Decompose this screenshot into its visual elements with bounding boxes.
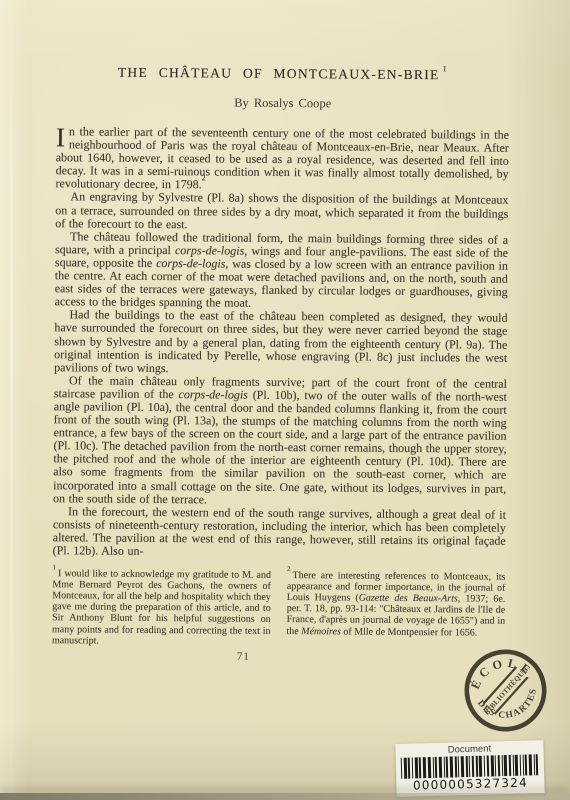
text-run: of Mlle de Montpensier for 1656. bbox=[341, 626, 477, 638]
barcode-bar bbox=[461, 756, 465, 777]
scanned-page: THE CHÂTEAU OF MONTCEAUX-EN-BRIE1 By Ros… bbox=[0, 0, 570, 800]
barcode-bar bbox=[403, 758, 407, 779]
barcode-bar bbox=[458, 756, 460, 777]
barcode-bar bbox=[401, 758, 403, 779]
footnotes: 1I would like to acknowledge my gratitud… bbox=[52, 568, 506, 649]
body-paragraph: Had the buildings to the east of the châ… bbox=[54, 309, 508, 378]
barcode-bar bbox=[525, 755, 528, 776]
text-run: An engraving by Sylvestre (Pl. 8a) shows… bbox=[55, 190, 508, 231]
page-title-text: THE CHÂTEAU OF MONTCEAUX-EN-BRIE bbox=[118, 65, 440, 83]
barcode-bar bbox=[432, 757, 434, 778]
barcode-bar bbox=[443, 757, 445, 778]
barcode-bar bbox=[498, 755, 501, 776]
text-run: (Pl. 10b), two of the outer walls of the… bbox=[53, 388, 507, 506]
barcode-bar bbox=[450, 756, 454, 777]
text-run: In the forecourt, the western end of the… bbox=[53, 504, 506, 558]
barcode-bar bbox=[439, 757, 443, 778]
barcode-bar bbox=[529, 754, 533, 775]
barcode-bar bbox=[495, 755, 497, 776]
barcode-bar bbox=[435, 757, 438, 778]
text-run: n the earlier part of the seventeenth ce… bbox=[55, 124, 509, 191]
footnote-marker: 2 bbox=[287, 565, 291, 573]
body-paragraph: An engraving by Sylvestre (Pl. 8a) shows… bbox=[55, 191, 508, 234]
barcode-bar bbox=[515, 755, 519, 776]
body-paragraph: Of the main château only fragments survi… bbox=[53, 374, 507, 508]
barcode-bar bbox=[479, 756, 483, 777]
footnote-1: 1I would like to acknowledge my gratitud… bbox=[52, 568, 271, 647]
barcode-bar bbox=[520, 755, 522, 776]
page-number: 71 bbox=[52, 649, 505, 665]
barcode-bar bbox=[454, 756, 457, 777]
barcode-bar bbox=[512, 755, 514, 776]
barcode-bar bbox=[414, 757, 418, 778]
body-paragraph: The château followed the traditional for… bbox=[55, 230, 509, 312]
barcode-bar bbox=[486, 756, 489, 777]
page-title: THE CHÂTEAU OF MONTCEAUX-EN-BRIE1 bbox=[56, 64, 509, 84]
footnote-marker: 1 bbox=[53, 563, 57, 571]
barcode-bar bbox=[522, 755, 524, 776]
barcode-bar bbox=[490, 755, 494, 776]
barcode-bar bbox=[419, 757, 422, 778]
drop-cap: I bbox=[56, 125, 69, 149]
page-bottom-edge bbox=[0, 793, 570, 800]
body-paragraph: In the earlier part of the seventeenth c… bbox=[55, 125, 509, 194]
footnote-2: 2There are interesting references to Mon… bbox=[286, 570, 505, 649]
page-content: THE CHÂTEAU OF MONTCEAUX-EN-BRIE1 By Ros… bbox=[0, 0, 570, 665]
barcode-bar bbox=[484, 756, 486, 777]
barcode-bar bbox=[469, 756, 471, 777]
byline: By Rosalys Coope bbox=[56, 94, 509, 113]
barcode-bar bbox=[536, 754, 539, 775]
text-run: Had the buildings to the east of the châ… bbox=[54, 308, 508, 375]
barcode-bar bbox=[427, 757, 431, 778]
barcode-bar bbox=[446, 757, 449, 778]
barcode-bar bbox=[412, 757, 414, 778]
barcode-bar bbox=[504, 755, 508, 776]
barcode-label: Document 0000005327324 bbox=[395, 740, 544, 797]
text-run: I would like to acknowledge my gratitude… bbox=[52, 568, 271, 646]
barcode-bar bbox=[408, 758, 411, 779]
barcode-number: 0000005327324 bbox=[396, 775, 544, 793]
italic-text: Mémoires bbox=[301, 626, 341, 637]
title-footnote-ref: 1 bbox=[443, 64, 448, 73]
barcode-bar bbox=[509, 755, 512, 776]
barcode-bar bbox=[475, 756, 478, 777]
body-paragraph: In the forecourt, the western end of the… bbox=[53, 505, 506, 561]
barcode-bar bbox=[465, 756, 468, 777]
italic-text: Gazette des Beaux-Arts bbox=[359, 593, 458, 605]
footnote-ref: 2 bbox=[202, 174, 206, 183]
barcode-bar bbox=[423, 757, 427, 778]
barcode-bar bbox=[472, 756, 475, 777]
barcode-bar bbox=[501, 755, 503, 776]
article-body: In the earlier part of the seventeenth c… bbox=[53, 125, 509, 561]
barcode-bar bbox=[533, 754, 535, 775]
